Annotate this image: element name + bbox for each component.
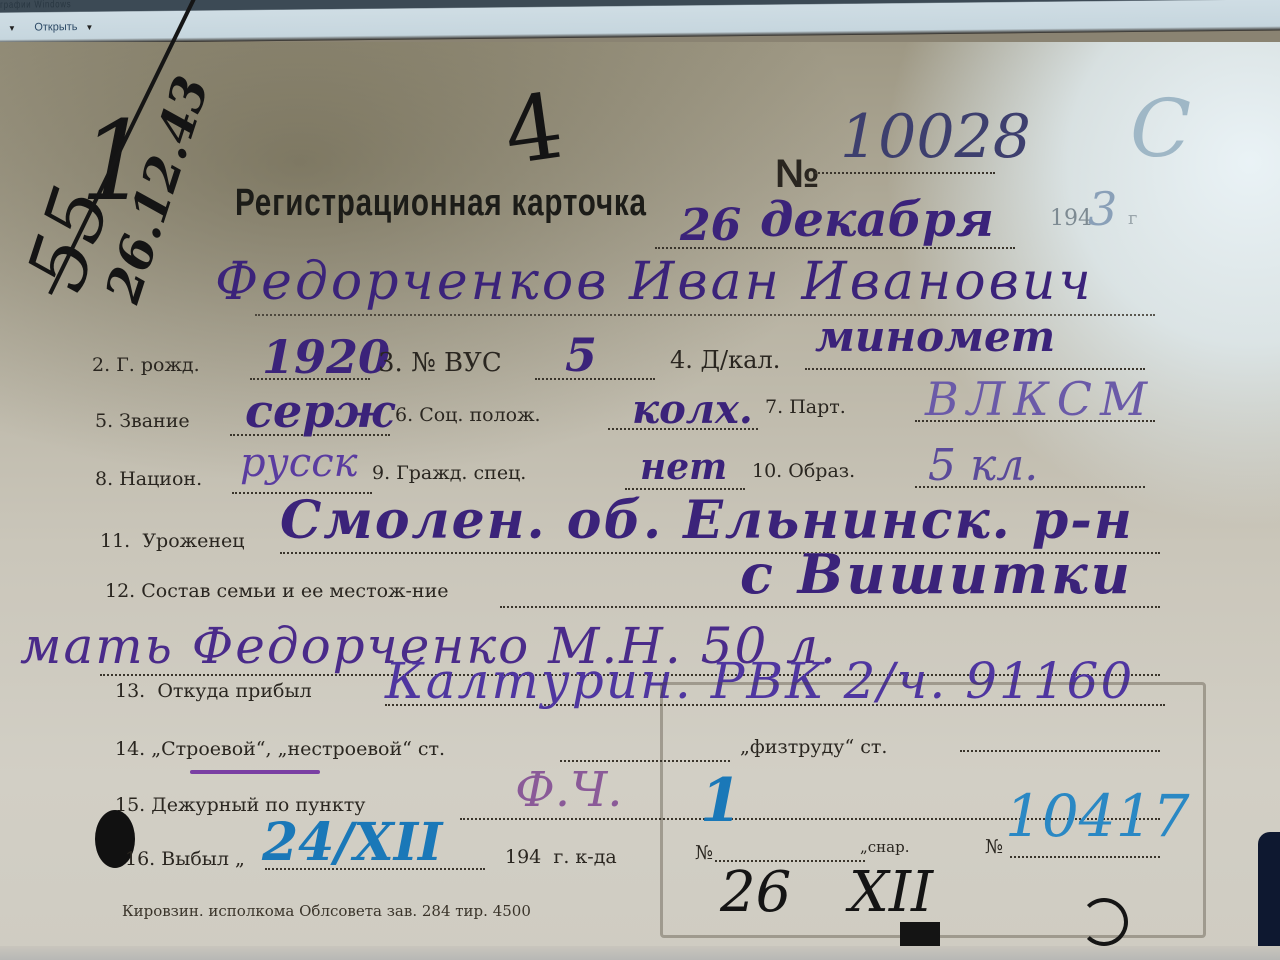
field-9-label: 9. Гражд. спец. — [372, 462, 526, 484]
field-12-line — [500, 606, 1160, 608]
field-2-value: 1920 — [262, 330, 390, 384]
card-number-suffix: С — [1130, 82, 1191, 175]
field-12-value: с Вишитки — [740, 542, 1133, 606]
imprint: Кировзин. исполкома Облсовета зав. 284 т… — [122, 902, 531, 920]
field-10-label: 10. Образ. — [752, 460, 855, 482]
field-16-year: 194 г. к-да — [505, 846, 617, 868]
blue-mark: 1 — [700, 766, 742, 836]
field-9-value: нет — [640, 446, 727, 488]
edge-shadow-right — [1258, 832, 1280, 960]
field-6-value: колх. — [632, 386, 753, 433]
bottom-bar — [900, 922, 940, 960]
chevron-down-icon: ▼ — [85, 23, 93, 32]
field-1-value: Федорченков Иван Иванович — [215, 252, 1094, 312]
menu-item-open[interactable]: Открыть▼ — [34, 21, 93, 34]
field-16-snar-label: „снар. — [860, 838, 910, 856]
field-2-label: 2. Г. рожд. — [92, 354, 200, 376]
card-number: 10028 — [840, 102, 1031, 172]
menu-item-prev[interactable]: ь▼ — [0, 22, 16, 34]
field-16-snar-no: № — [985, 836, 1003, 858]
date-year-written: 3 — [1088, 182, 1117, 236]
field-15-value: Ф.Ч. — [515, 762, 622, 818]
margin-mark-top: 4 — [498, 74, 569, 186]
field-13-label: 13. Откуда прибыл — [115, 680, 312, 702]
date-day: 26 — [680, 200, 741, 251]
field-16-snar-line — [1010, 856, 1160, 858]
field-16-snar-value: 10417 — [1005, 782, 1190, 850]
window-title: графии Windows — [0, 0, 71, 11]
field-5-value: серж — [245, 384, 395, 438]
number-label: № — [775, 152, 820, 197]
date-year-printed: 194 — [1050, 206, 1092, 231]
number-underline — [815, 172, 995, 174]
chevron-down-icon: ▼ — [8, 24, 16, 33]
field-8-label: 8. Национ. — [95, 468, 202, 490]
field-6-label: 6. Соц. полож. — [395, 404, 541, 426]
field-4-label: 4. Д/кал. — [670, 346, 780, 374]
stroevoy-underline — [190, 770, 320, 774]
field-16-label: 16. Выбыл „ — [125, 848, 245, 870]
date-year-suffix: г — [1128, 208, 1137, 229]
field-16-value: 24/XII — [262, 812, 442, 873]
card-title: Регистрационная карточка — [235, 182, 647, 225]
field-3-label: 3. № ВУС — [378, 348, 502, 378]
field-14-line2 — [960, 750, 1160, 752]
field-10-value: 5 кл. — [928, 440, 1038, 491]
field-16-kda-no: № — [695, 842, 713, 864]
field-7-value: ВЛКСМ — [925, 372, 1155, 426]
date-month: декабря — [760, 192, 994, 248]
field-4-value: миномет — [815, 312, 1055, 361]
bottom-bracket — [1080, 898, 1128, 946]
registration-card: 4 55 1 26.12.43 Регистрационная карточка… — [0, 42, 1280, 960]
field-12-label: 12. Состав семьи и ее местож-ние — [105, 580, 449, 602]
field-8-value: русск — [240, 440, 358, 486]
field-14-label-extra: „физтруду“ ст. — [740, 736, 887, 758]
field-3-value: 5 — [565, 328, 597, 382]
field-5-label: 5. Звание — [95, 410, 190, 432]
field-14-label: 14. „Строевой“, „нестроевой“ ст. — [115, 738, 445, 760]
field-4-line — [805, 368, 1145, 370]
bottom-annotation: 26 XII — [720, 860, 933, 925]
field-11-label: 11. Уроженец — [100, 530, 245, 552]
date-underline — [655, 247, 1015, 249]
field-7-label: 7. Парт. — [765, 396, 846, 418]
